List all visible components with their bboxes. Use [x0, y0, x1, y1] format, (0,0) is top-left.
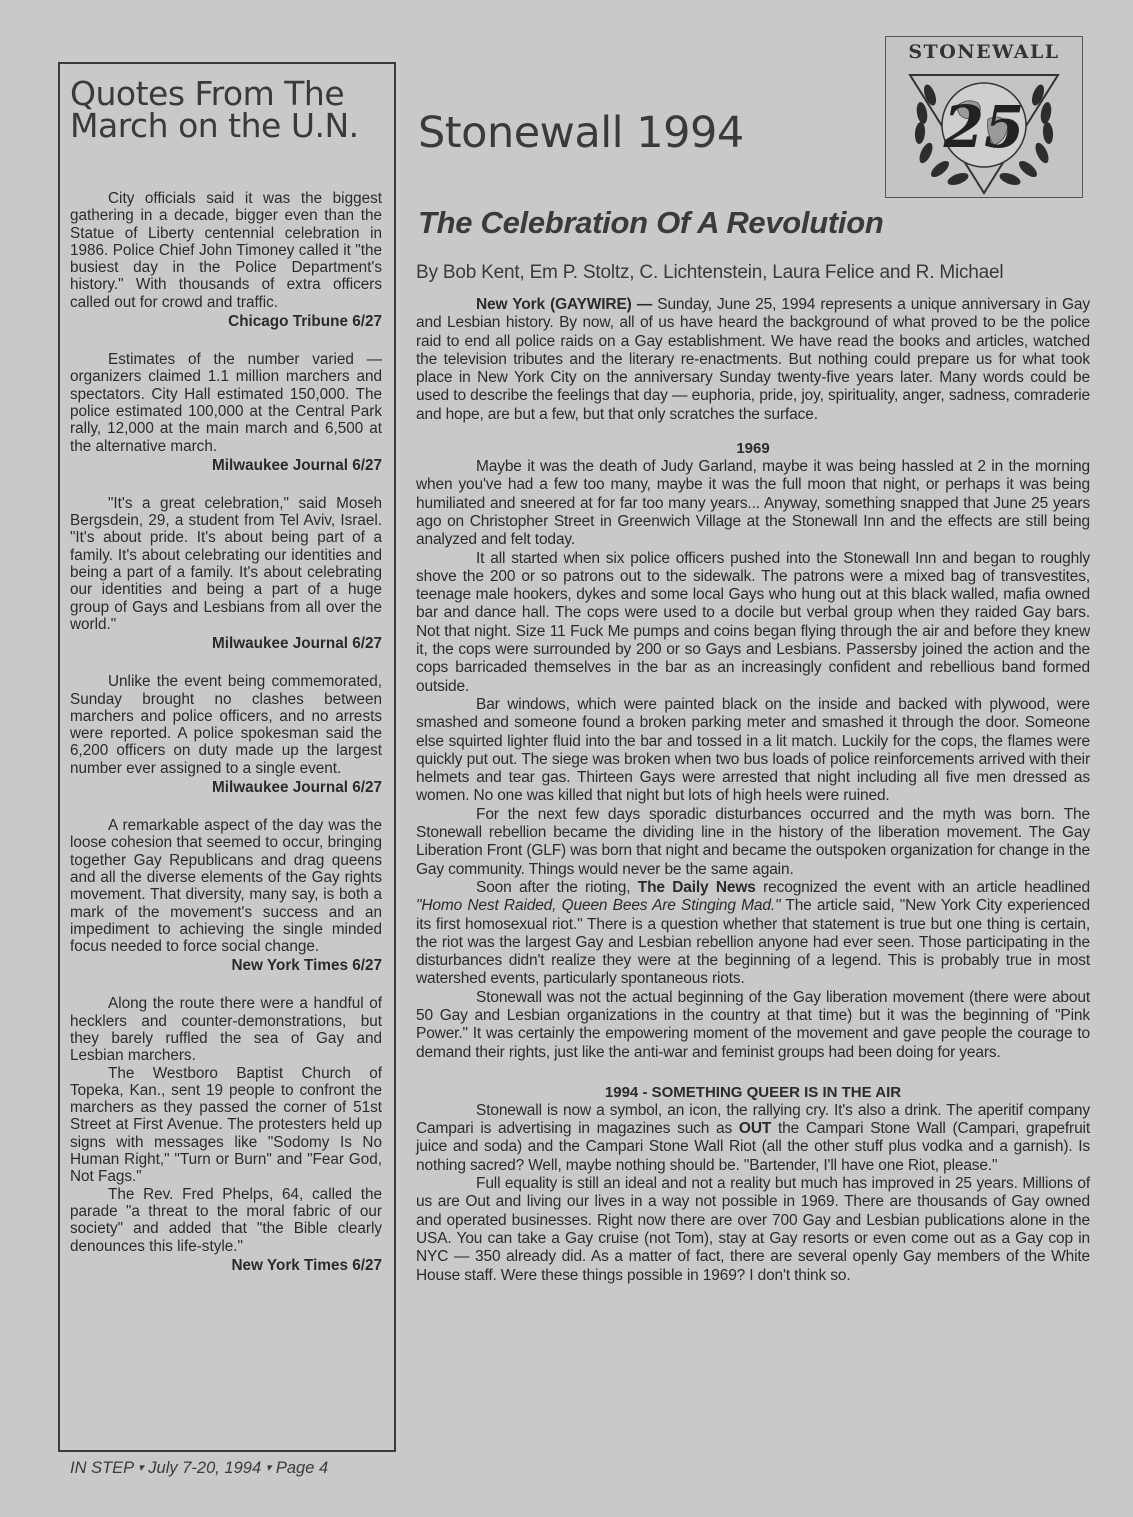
newspaper-page: Quotes From The March on the U.N. City o…	[0, 0, 1133, 1517]
paragraph-text: Soon after the rioting,	[476, 879, 638, 896]
article-paragraph: Maybe it was the death of Judy Garland, …	[416, 458, 1090, 549]
sidebar-title: Quotes From The March on the U.N.	[70, 78, 382, 142]
paragraph-text: Sunday, June 25, 1994 represents a uniqu…	[416, 296, 1090, 423]
section-heading: 1969	[416, 440, 1090, 458]
quote-source: Milwaukee Journal 6/27	[70, 456, 382, 475]
newspaper-name: The Daily News	[638, 879, 756, 896]
quote-text: Along the route there were a handful of …	[70, 995, 382, 1064]
quote-source: Milwaukee Journal 6/27	[70, 778, 382, 797]
publication-name: IN STEP	[70, 1459, 134, 1477]
quote-item: Estimates of the number varied — organiz…	[70, 351, 382, 475]
quote-item: A remarkable aspect of the day was the l…	[70, 817, 382, 975]
article-paragraph: Stonewall is now a symbol, an icon, the …	[416, 1102, 1090, 1175]
quote-source: Milwaukee Journal 6/27	[70, 634, 382, 653]
article-title: Stonewall 1994	[418, 108, 744, 158]
logo-number: 25	[943, 93, 1025, 161]
article-body: New York (GAYWIRE) — Sunday, June 25, 19…	[416, 296, 1090, 1285]
headline-quote: "Homo Nest Raided, Queen Bees Are Stingi…	[416, 897, 780, 914]
article-paragraph: Full equality is still an ideal and not …	[416, 1175, 1090, 1285]
quote-source: New York Times 6/27	[70, 956, 382, 975]
quote-text: The Westboro Baptist Church of Topeka, K…	[70, 1065, 382, 1186]
dateline: New York (GAYWIRE) —	[476, 296, 652, 313]
section-heading: 1994 - SOMETHING QUEER IS IN THE AIR	[416, 1084, 1090, 1102]
sidebar-title-line2: March on the U.N.	[70, 106, 359, 145]
quote-item: City officials said it was the biggest g…	[70, 190, 382, 331]
quote-text: Estimates of the number varied — organiz…	[70, 351, 382, 455]
quote-text: The Rev. Fred Phelps, 64, called the par…	[70, 1186, 382, 1255]
stonewall-25-logo: STONEWALL 25	[885, 36, 1083, 198]
quote-item: Unlike the event being commemorated, Sun…	[70, 673, 382, 797]
issue-date: July 7-20, 1994	[148, 1459, 261, 1477]
page-number: Page 4	[276, 1459, 328, 1477]
laurel-globe-icon: 25	[896, 67, 1072, 197]
article-paragraph: Soon after the rioting, The Daily News r…	[416, 879, 1090, 989]
article-byline: By Bob Kent, Em P. Stoltz, C. Lichtenste…	[416, 262, 1003, 284]
quote-text: City officials said it was the biggest g…	[70, 190, 382, 311]
triangle-down-icon: ▾	[266, 1462, 272, 1474]
quote-text: A remarkable aspect of the day was the l…	[70, 817, 382, 955]
article-paragraph: It all started when six police officers …	[416, 550, 1090, 696]
paragraph-text: recognized the event with an article hea…	[756, 879, 1090, 896]
quotes-sidebar: Quotes From The March on the U.N. City o…	[58, 62, 396, 1452]
magazine-name: OUT	[739, 1120, 771, 1137]
logo-text: STONEWALL	[886, 41, 1082, 63]
article-paragraph: Stonewall was not the actual beginning o…	[416, 989, 1090, 1062]
quote-source: New York Times 6/27	[70, 1256, 382, 1275]
article-subtitle: The Celebration Of A Revolution	[418, 205, 883, 241]
article-paragraph: New York (GAYWIRE) — Sunday, June 25, 19…	[416, 296, 1090, 424]
triangle-down-icon: ▾	[138, 1462, 144, 1474]
quote-text: Unlike the event being commemorated, Sun…	[70, 673, 382, 777]
quote-item: "It's a great celebration," said Moseh B…	[70, 495, 382, 653]
quote-text: "It's a great celebration," said Moseh B…	[70, 495, 382, 633]
quote-source: Chicago Tribune 6/27	[70, 312, 382, 331]
article-paragraph: For the next few days sporadic disturban…	[416, 806, 1090, 879]
page-footer: IN STEP ▾ July 7-20, 1994 ▾ Page 4	[70, 1459, 328, 1478]
quote-item: Along the route there were a handful of …	[70, 995, 382, 1274]
article-paragraph: Bar windows, which were painted black on…	[416, 696, 1090, 806]
